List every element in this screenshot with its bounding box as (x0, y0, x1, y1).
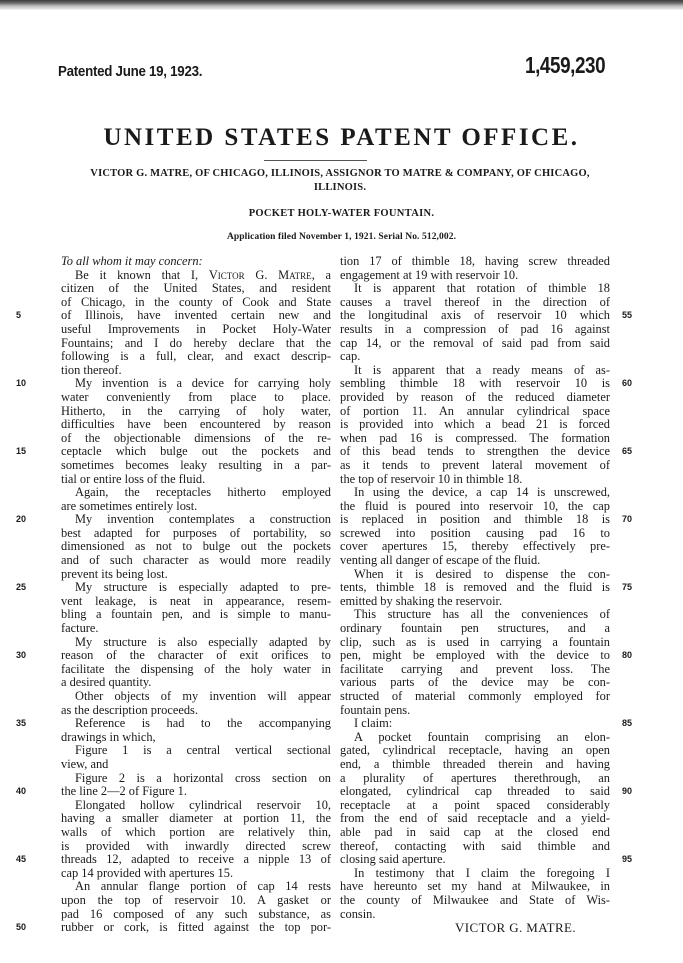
text-line: Reference is had to the accompanying35 (61, 717, 331, 731)
line-text: It is apparent that rotation of thimble … (354, 281, 610, 295)
line-text: vent leakage, is neat in appearance, res… (61, 594, 331, 608)
text-line: tents, thimble 18 is removed and the flu… (340, 581, 610, 595)
viewer-top-edge (0, 0, 683, 10)
line-text: venting all danger of escape of the flui… (340, 553, 540, 567)
text-line: rubber or cork, is fitted against the to… (61, 921, 331, 935)
patent-date: Patented June 19, 1923. (58, 64, 202, 80)
line-text: fountain pens. (340, 703, 410, 717)
line-text: of Illinois, have invented certain new a… (61, 308, 331, 322)
text-line: closing said aperture.95 (340, 853, 610, 867)
line-number: 90 (622, 785, 650, 799)
line-number: 30 (16, 649, 44, 663)
line-text: best adapted for purposes of portability… (61, 526, 331, 540)
text-line: consin. (340, 908, 610, 922)
line-text: the fluid is poured into reservoir 10, t… (340, 499, 610, 513)
heading-divider (264, 160, 367, 161)
line-text: are sometimes entirely lost. (61, 499, 197, 513)
line-text: of this bead tends to strengthen the dev… (340, 444, 610, 458)
line-text: provided by reason of the reduced diamet… (340, 390, 610, 404)
application-info: Application filed November 1, 1921. Seri… (0, 232, 683, 242)
line-text: following is a full, clear, and exact de… (61, 349, 331, 363)
text-line: of Chicago, in the county of Cook and St… (61, 296, 331, 310)
line-number: 75 (622, 581, 650, 595)
text-line: when pad 16 is compressed. The formation (340, 432, 610, 446)
line-number: 5 (16, 309, 44, 323)
text-line: An annular flange portion of cap 14 rest… (61, 880, 331, 894)
line-text: a desired quantity. (61, 675, 151, 689)
line-text: the longitudinal axis of reservoir 10 wh… (340, 308, 610, 322)
line-text: Fountains; and I do hereby declare that … (61, 336, 331, 350)
line-text: cap. (340, 349, 360, 363)
line-text: tion 17 of thimble 18, having screw thre… (340, 254, 610, 268)
text-line: Figure 2 is a horizontal cross section o… (61, 772, 331, 786)
line-text: I claim: (354, 716, 392, 730)
text-line: reason of the character of exit orifices… (61, 649, 331, 663)
text-line: is provided with inwardly directed screw (61, 840, 331, 854)
line-text: of the objectionable dimensions of the r… (61, 431, 331, 445)
line-text: Figure 2 is a horizontal cross section o… (75, 771, 331, 785)
line-number: 95 (622, 853, 650, 867)
line-text: pad 16 composed of any such substance, a… (61, 907, 331, 921)
line-text: facture. (61, 621, 99, 635)
text-line: gated, cylindrical receptacle, having an… (340, 744, 610, 758)
line-text: engagement at 19 with reservoir 10. (340, 268, 518, 282)
line-number: 80 (622, 649, 650, 663)
right-text-column: tion 17 of thimble 18, having screw thre… (340, 255, 610, 935)
text-line: cover apertures 15, thereby effectively … (340, 540, 610, 554)
text-line: ceptacle which bulge out the pockets and… (61, 445, 331, 459)
text-line: sometimes becomes leaky resulting in a p… (61, 459, 331, 473)
line-text: view, and (61, 757, 108, 771)
text-line: is replaced in position and thimble 18 i… (340, 513, 610, 527)
text-line: of portion 11. An annular cylindrical sp… (340, 405, 610, 419)
text-line: VICTOR G. MATRE. (340, 921, 610, 935)
text-line: It is apparent that rotation of thimble … (340, 282, 610, 296)
line-text: prevent its being lost. (61, 567, 168, 581)
text-line: results in a compression of pad 16 again… (340, 323, 610, 337)
line-text: upon the top of reservoir 10. A gasket o… (61, 893, 331, 907)
text-line: To all whom it may concern: (61, 255, 331, 269)
text-line: venting all danger of escape of the flui… (340, 554, 610, 568)
line-text: sometimes becomes leaky resulting in a p… (61, 458, 331, 472)
text-line: of this bead tends to strengthen the dev… (340, 445, 610, 459)
text-line: prevent its being lost. (61, 568, 331, 582)
line-text: Be it known that I, Victor G. Matre, a (75, 268, 331, 282)
line-text: cap 14 provided with apertures 15. (61, 866, 233, 880)
line-number: 25 (16, 581, 44, 595)
text-line: the longitudinal axis of reservoir 10 wh… (340, 309, 610, 323)
line-text: is provided with inwardly directed screw (61, 839, 331, 853)
line-text: My invention contemplates a construction (75, 512, 331, 526)
line-text: and of such character as would more read… (61, 553, 331, 567)
line-text: In using the device, a cap 14 is unscrew… (354, 485, 610, 499)
line-text: water conveniently from place to place. (61, 390, 331, 404)
line-text: structed of material commonly employed f… (340, 689, 610, 703)
line-text: cover apertures 15, thereby effectively … (340, 539, 610, 553)
line-text: bling a fountain pen, and is simple to m… (61, 607, 331, 621)
text-line: In testimony that I claim the foregoing … (340, 867, 610, 881)
line-text: My structure is especially adapted to pr… (75, 580, 331, 594)
text-line: clip, such as is used in carrying a foun… (340, 636, 610, 650)
line-text: results in a compression of pad 16 again… (340, 322, 610, 336)
line-text: walls of which portion are relatively th… (61, 825, 331, 839)
text-line: provided by reason of the reduced diamet… (340, 391, 610, 405)
text-line: as the description proceeds. (61, 704, 331, 718)
line-text: reason of the character of exit orifices… (61, 648, 331, 662)
line-text: as it tends to prevent lateral movement … (340, 458, 610, 472)
line-number: 60 (622, 377, 650, 391)
line-text: of Chicago, in the county of Cook and St… (61, 295, 331, 309)
text-line: Fountains; and I do hereby declare that … (61, 337, 331, 351)
line-text: various parts of the device may be con- (340, 675, 610, 689)
text-line: various parts of the device may be con- (340, 676, 610, 690)
text-line: thereof, contacting with said thimble an… (340, 840, 610, 854)
text-line: cap. (340, 350, 610, 364)
line-text: Reference is had to the accompanying (75, 716, 331, 730)
line-text: when pad 16 is compressed. The formation (340, 431, 610, 445)
text-line: facture. (61, 622, 331, 636)
text-line: elongated, cylindrical cap threaded to s… (340, 785, 610, 799)
line-text: ceptacle which bulge out the pockets and (61, 444, 331, 458)
text-line: from the end of said receptacle and a yi… (340, 812, 610, 826)
line-text: Hitherto, in the carrying of holy water, (61, 404, 331, 418)
text-line: the fluid is poured into reservoir 10, t… (340, 500, 610, 514)
text-line: best adapted for purposes of portability… (61, 527, 331, 541)
text-line: facilitate carrying and prevent loss. Th… (340, 663, 610, 677)
line-number: 55 (622, 309, 650, 323)
line-text: facilitate the dispensing of the holy wa… (61, 662, 331, 676)
line-text: threads 12, adapted to receive a nipple … (61, 852, 331, 866)
text-line: the line 2—2 of Figure 1.40 (61, 785, 331, 799)
line-text: the county of Milwaukee and State of Wis… (340, 893, 610, 907)
text-line: My invention contemplates a construction… (61, 513, 331, 527)
line-text: A pocket fountain comprising an elon- (354, 730, 610, 744)
line-text: cap 14, or the removal of said pad from … (340, 336, 610, 350)
text-line: tial or entire loss of the fluid. (61, 473, 331, 487)
text-line: sembling thimble 18 with reservoir 10 is… (340, 377, 610, 391)
line-text: screwed into position causing pad 16 to (340, 526, 610, 540)
text-line: of the objectionable dimensions of the r… (61, 432, 331, 446)
line-text: gated, cylindrical receptacle, having an… (340, 743, 610, 757)
line-number: 45 (16, 853, 44, 867)
text-line: Figure 1 is a central vertical sectional (61, 744, 331, 758)
line-text: Figure 1 is a central vertical sectional (75, 743, 331, 757)
text-line: able pad in said cap at the closed end (340, 826, 610, 840)
line-text: tion thereof. (61, 363, 122, 377)
line-number: 20 (16, 513, 44, 527)
line-number: 85 (622, 717, 650, 731)
text-line: tion 17 of thimble 18, having screw thre… (340, 255, 610, 269)
text-line: Other objects of my invention will appea… (61, 690, 331, 704)
text-line: Hitherto, in the carrying of holy water, (61, 405, 331, 419)
text-line: is provided into which a bead 21 is forc… (340, 418, 610, 432)
text-line: view, and (61, 758, 331, 772)
left-text-column: To all whom it may concern:Be it known t… (61, 255, 331, 935)
line-text: My invention is a device for carrying ho… (75, 376, 331, 390)
line-number: 50 (16, 921, 44, 935)
line-number: 10 (16, 377, 44, 391)
line-number: 40 (16, 785, 44, 799)
line-text: tents, thimble 18 is removed and the flu… (340, 580, 610, 594)
line-text: able pad in said cap at the closed end (340, 825, 610, 839)
text-line: Elongated hollow cylindrical reservoir 1… (61, 799, 331, 813)
line-text: This structure has all the conveniences … (354, 607, 610, 621)
text-line: useful Improvements in Pocket Holy-Water (61, 323, 331, 337)
text-line: walls of which portion are relatively th… (61, 826, 331, 840)
line-text: clip, such as is used in carrying a foun… (340, 635, 610, 649)
text-line: My invention is a device for carrying ho… (61, 377, 331, 391)
text-line: A pocket fountain comprising an elon- (340, 731, 610, 745)
text-line: drawings in which, (61, 731, 331, 745)
line-text: is replaced in position and thimble 18 i… (340, 512, 610, 526)
text-line: have hereunto set my hand at Milwaukee, … (340, 880, 610, 894)
line-text: To all whom it may concern: (61, 254, 203, 268)
inventor-assignee-line: VICTOR G. MATRE, OF CHICAGO, ILLINOIS, A… (70, 167, 610, 195)
line-text: useful Improvements in Pocket Holy-Water (61, 322, 331, 336)
text-line: cap 14, or the removal of said pad from … (340, 337, 610, 351)
line-text: facilitate carrying and prevent loss. Th… (340, 662, 610, 676)
line-text: receptacle at a point spaced considerabl… (340, 798, 610, 812)
text-line: are sometimes entirely lost. (61, 500, 331, 514)
line-text: My structure is also especially adapted … (75, 635, 331, 649)
text-line: end, a thimble threaded therein and havi… (340, 758, 610, 772)
line-text: Other objects of my invention will appea… (75, 689, 331, 703)
text-line: fountain pens. (340, 704, 610, 718)
text-line: upon the top of reservoir 10. A gasket o… (61, 894, 331, 908)
text-line: screwed into position causing pad 16 to (340, 527, 610, 541)
line-text: the line 2—2 of Figure 1. (61, 784, 187, 798)
line-text: citizen of the United States, and reside… (61, 281, 331, 295)
line-text: elongated, cylindrical cap threaded to s… (340, 784, 610, 798)
text-line: citizen of the United States, and reside… (61, 282, 331, 296)
text-line: In using the device, a cap 14 is unscrew… (340, 486, 610, 500)
line-text: consin. (340, 907, 375, 921)
text-line: as it tends to prevent lateral movement … (340, 459, 610, 473)
text-line: emitted by shaking the reservoir. (340, 595, 610, 609)
line-text: VICTOR G. MATRE. (455, 920, 576, 935)
text-line: causes a travel thereof in the direction… (340, 296, 610, 310)
line-text: the top of reservoir 10 in thimble 18. (340, 472, 522, 486)
line-text: have hereunto set my hand at Milwaukee, … (340, 879, 610, 893)
text-line: This structure has all the conveniences … (340, 608, 610, 622)
line-text: closing said aperture. (340, 852, 446, 866)
line-text: tial or entire loss of the fluid. (61, 472, 205, 486)
line-text: An annular flange portion of cap 14 rest… (75, 879, 331, 893)
text-line: pen, might be employed with the device t… (340, 649, 610, 663)
text-line: cap 14 provided with apertures 15. (61, 867, 331, 881)
text-line: water conveniently from place to place. (61, 391, 331, 405)
text-line: dimensioned as not to bulge out the pock… (61, 540, 331, 554)
text-line: I claim:85 (340, 717, 610, 731)
text-line: facilitate the dispensing of the holy wa… (61, 663, 331, 677)
line-text: thereof, contacting with said thimble an… (340, 839, 610, 853)
line-text: dimensioned as not to bulge out the pock… (61, 539, 331, 553)
line-text: a plurality of apertures therethrough, a… (340, 771, 610, 785)
text-line: tion thereof. (61, 364, 331, 378)
text-line: structed of material commonly employed f… (340, 690, 610, 704)
line-text: Elongated hollow cylindrical reservoir 1… (75, 798, 331, 812)
line-text: pen, might be employed with the device t… (340, 648, 610, 662)
line-text: difficulties have been encountered by re… (61, 417, 331, 431)
invention-title: POCKET HOLY-WATER FOUNTAIN. (0, 208, 683, 219)
line-text: ordinary fountain pen structures, and a (340, 621, 610, 635)
text-line: pad 16 composed of any such substance, a… (61, 908, 331, 922)
text-line: of Illinois, have invented certain new a… (61, 309, 331, 323)
text-line: following is a full, clear, and exact de… (61, 350, 331, 364)
line-text: drawings in which, (61, 730, 156, 744)
text-line: the county of Milwaukee and State of Wis… (340, 894, 610, 908)
text-line: bling a fountain pen, and is simple to m… (61, 608, 331, 622)
text-line: vent leakage, is neat in appearance, res… (61, 595, 331, 609)
text-line: a desired quantity. (61, 676, 331, 690)
line-number: 15 (16, 445, 44, 459)
text-line: the top of reservoir 10 in thimble 18. (340, 473, 610, 487)
office-heading: UNITED STATES PATENT OFFICE. (0, 124, 683, 152)
text-line: Again, the receptacles hitherto employed (61, 486, 331, 500)
line-text: emitted by shaking the reservoir. (340, 594, 502, 608)
line-text: from the end of said receptacle and a yi… (340, 811, 610, 825)
line-text: having a smaller diameter at portion 11,… (61, 811, 331, 825)
text-line: engagement at 19 with reservoir 10. (340, 269, 610, 283)
line-text: It is apparent that a ready means of as- (354, 363, 610, 377)
line-text: causes a travel thereof in the direction… (340, 295, 610, 309)
line-text: of portion 11. An annular cylindrical sp… (340, 404, 610, 418)
text-line: having a smaller diameter at portion 11,… (61, 812, 331, 826)
line-number: 65 (622, 445, 650, 459)
text-line: My structure is especially adapted to pr… (61, 581, 331, 595)
line-text: When it is desired to dispense the con- (354, 567, 610, 581)
patent-number: 1,459,230 (525, 52, 605, 79)
text-line: a plurality of apertures therethrough, a… (340, 772, 610, 786)
line-number: 35 (16, 717, 44, 731)
text-line: difficulties have been encountered by re… (61, 418, 331, 432)
text-line: It is apparent that a ready means of as- (340, 364, 610, 378)
text-line: ordinary fountain pen structures, and a (340, 622, 610, 636)
text-line: threads 12, adapted to receive a nipple … (61, 853, 331, 867)
text-line: and of such character as would more read… (61, 554, 331, 568)
text-line: When it is desired to dispense the con- (340, 568, 610, 582)
line-text: end, a thimble threaded therein and havi… (340, 757, 610, 771)
line-number: 70 (622, 513, 650, 527)
line-text: rubber or cork, is fitted against the to… (61, 920, 331, 934)
line-text: Again, the receptacles hitherto employed (75, 485, 331, 499)
text-line: Be it known that I, Victor G. Matre, a (61, 269, 331, 283)
text-line: My structure is also especially adapted … (61, 636, 331, 650)
text-line: receptacle at a point spaced considerabl… (340, 799, 610, 813)
line-text: sembling thimble 18 with reservoir 10 is (340, 376, 610, 390)
line-text: is provided into which a bead 21 is forc… (340, 417, 610, 431)
line-text: as the description proceeds. (61, 703, 198, 717)
line-text: In testimony that I claim the foregoing … (354, 866, 610, 880)
